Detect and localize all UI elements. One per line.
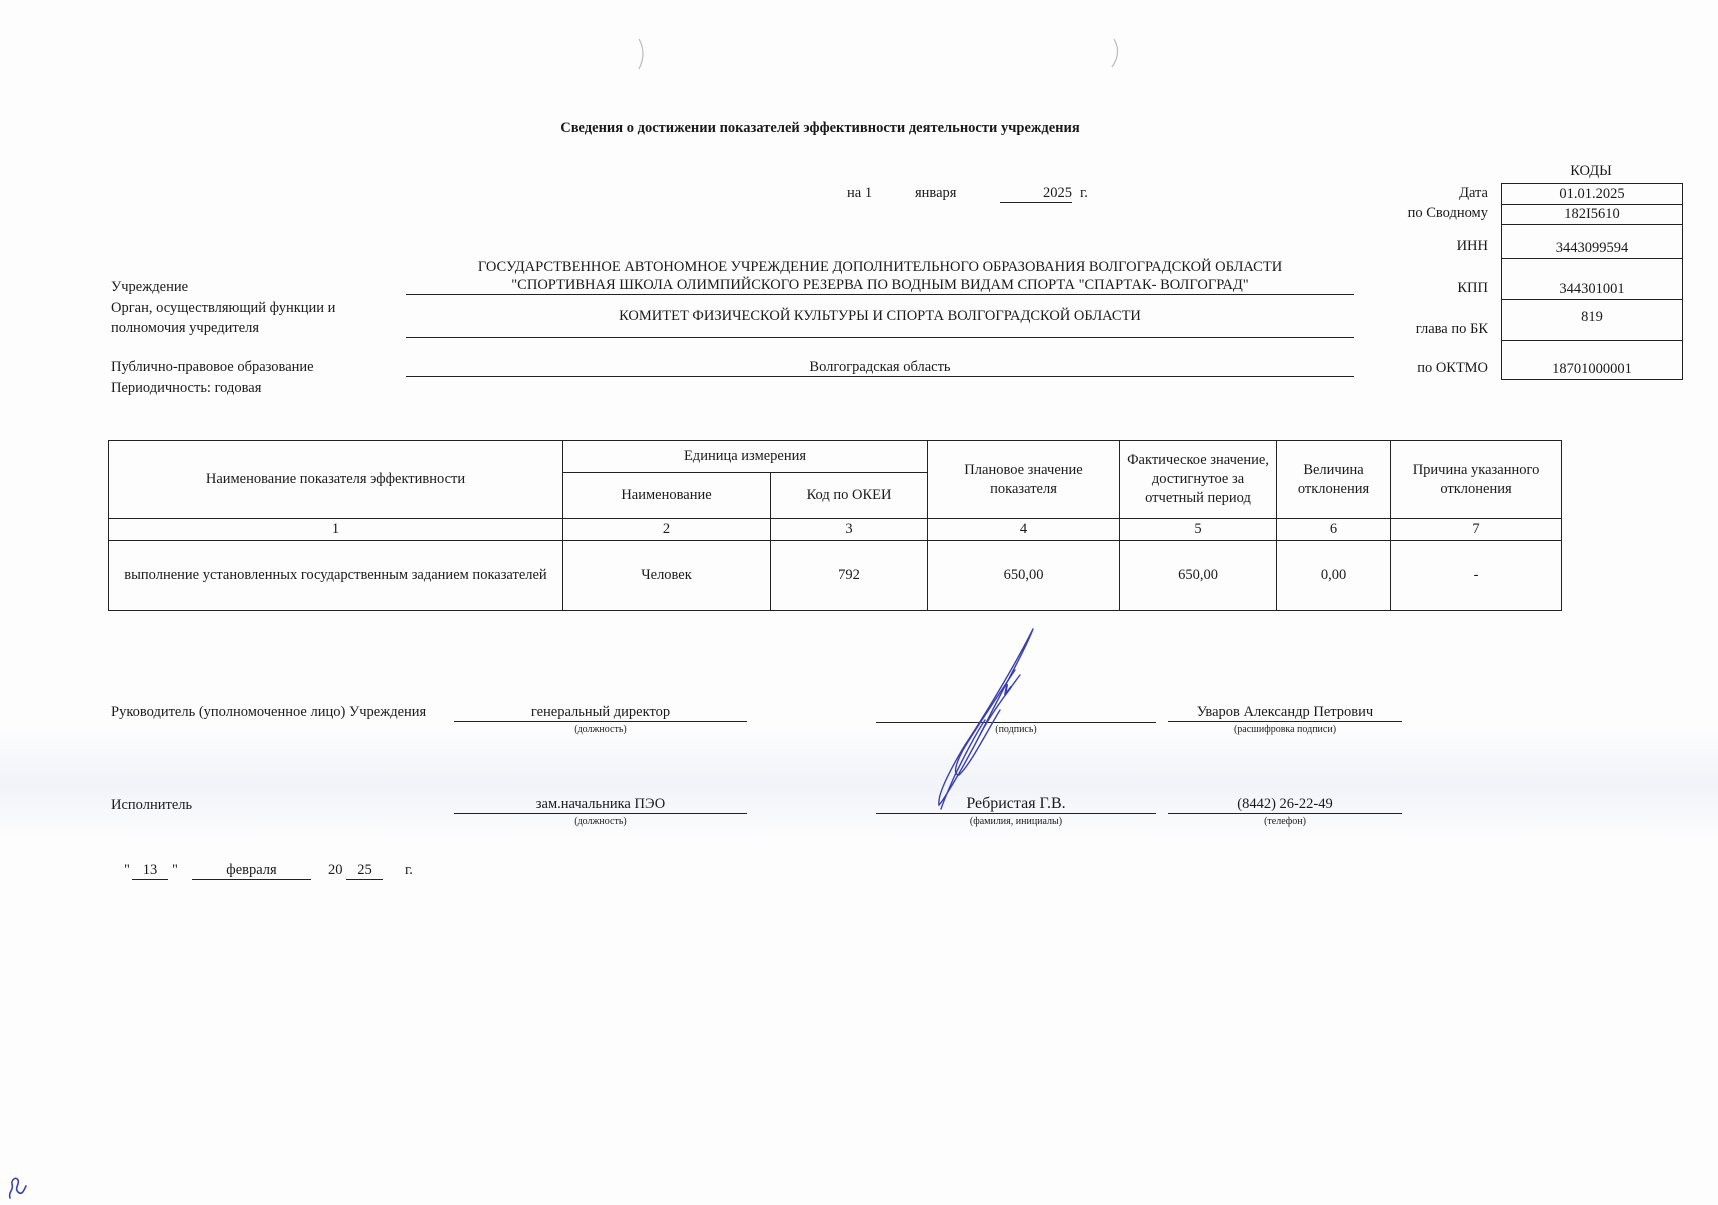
header-reason-line2: отклонения xyxy=(1393,480,1559,499)
cell-deviation: 0,00 xyxy=(1277,541,1391,611)
column-number: 5 xyxy=(1120,519,1277,541)
cell-reason: - xyxy=(1391,541,1562,611)
header-indicator-name: Наименование показателя эффективности xyxy=(109,441,563,519)
code-value-svodny: 182I5610 xyxy=(1502,206,1682,223)
founder-underline xyxy=(406,336,1354,338)
sign-date-close-quote: " xyxy=(172,862,178,879)
founder-label-line2: полномочия учредителя xyxy=(111,320,259,337)
head-position-caption: (должность) xyxy=(454,724,747,735)
code-value-inn: 3443099594 xyxy=(1502,240,1682,257)
code-label-svodny: по Сводному xyxy=(1300,205,1488,222)
indicators-table: Наименование показателя эффективности Ед… xyxy=(108,440,1562,611)
code-row-oktmo: 18701000001 xyxy=(1502,341,1682,379)
date-month: января xyxy=(915,185,956,202)
date-year: 2025 xyxy=(1000,185,1072,203)
cell-unit-name: Человек xyxy=(563,541,771,611)
executor-position: зам.начальника ПЭО xyxy=(454,796,747,814)
code-row-bk: 819 xyxy=(1502,300,1682,341)
institution-name-line2: "СПОРТИВНАЯ ШКОЛА ОЛИМПИЙСКОГО РЕЗЕРВА П… xyxy=(406,277,1354,295)
code-value-oktmo: 18701000001 xyxy=(1502,361,1682,378)
header-unit-code: Код по ОКЕИ xyxy=(771,473,928,519)
cell-unit-code: 792 xyxy=(771,541,928,611)
column-number: 7 xyxy=(1391,519,1562,541)
header-deviation-line2: отклонения xyxy=(1279,480,1388,499)
codes-header: КОДЫ xyxy=(1501,163,1681,180)
executor-phone-caption: (телефон) xyxy=(1168,816,1402,827)
document-title: Сведения о достижении показателей эффект… xyxy=(420,120,1220,137)
table-row: выполнение установленных государственным… xyxy=(109,541,1562,611)
code-label-date: Дата xyxy=(1300,185,1488,202)
header-actual-line3: отчетный период xyxy=(1122,489,1274,508)
head-name: Уваров Александр Петрович xyxy=(1168,704,1402,722)
header-actual-line2: достигнутое за xyxy=(1122,470,1274,489)
sign-date-suffix: г. xyxy=(405,862,413,879)
header-deviation-line1: Величина xyxy=(1279,461,1388,480)
code-value-kpp: 344301001 xyxy=(1502,281,1682,298)
sign-date-century: 20 xyxy=(328,862,343,879)
header-reason: Причина указанного отклонения xyxy=(1391,441,1562,519)
cell-planned: 650,00 xyxy=(928,541,1120,611)
code-row-svodny: 182I5610 xyxy=(1502,205,1682,225)
institution-label: Учреждение xyxy=(111,279,188,296)
sign-date-year: 25 xyxy=(346,862,383,880)
founder-label-line1: Орган, осуществляющий функции и xyxy=(111,300,335,317)
code-row-kpp: 344301001 xyxy=(1502,259,1682,300)
column-number: 3 xyxy=(771,519,928,541)
column-number: 4 xyxy=(928,519,1120,541)
date-prefix: на 1 xyxy=(847,185,872,202)
executor-phone: (8442) 26-22-49 xyxy=(1168,796,1402,814)
handwritten-page-mark-icon xyxy=(4,1170,34,1202)
codes-box: 01.01.2025 182I5610 3443099594 344301001… xyxy=(1501,183,1683,380)
sign-date-open-quote: " xyxy=(124,862,130,879)
column-number-row: 1 2 3 4 5 6 7 xyxy=(109,519,1562,541)
cell-actual: 650,00 xyxy=(1120,541,1277,611)
table-header-row-1: Наименование показателя эффективности Ед… xyxy=(109,441,1562,473)
scan-artifact-mark xyxy=(625,35,655,75)
executor-label: Исполнитель xyxy=(111,797,192,814)
scan-artifact-mark xyxy=(1100,35,1130,75)
cell-indicator: выполнение установленных государственным… xyxy=(109,541,563,611)
institution-name-line1: ГОСУДАРСТВЕННОЕ АВТОНОМНОЕ УЧРЕЖДЕНИЕ ДО… xyxy=(406,259,1354,276)
code-row-inn: 3443099594 xyxy=(1502,225,1682,259)
header-planned-line1: Плановое значение xyxy=(930,461,1117,480)
header-actual-line1: Фактическое значение, xyxy=(1122,451,1274,470)
code-label-inn: ИНН xyxy=(1300,238,1488,255)
handwritten-signature-icon xyxy=(925,625,1045,815)
periodicity: Периодичность: годовая xyxy=(111,380,261,397)
head-position: генеральный директор xyxy=(454,704,747,722)
founder-value: КОМИТЕТ ФИЗИЧЕСКОЙ КУЛЬТУРЫ И СПОРТА ВОЛ… xyxy=(406,308,1354,325)
header-planned: Плановое значение показателя xyxy=(928,441,1120,519)
public-entity-label: Публично-правовое образование xyxy=(111,359,314,376)
head-name-caption: (расшифровка подписи) xyxy=(1168,724,1402,735)
header-unit-group: Единица измерения xyxy=(563,441,928,473)
sign-date-day: 13 xyxy=(132,862,168,880)
code-value-bk: 819 xyxy=(1502,309,1682,326)
header-actual: Фактическое значение, достигнутое за отч… xyxy=(1120,441,1277,519)
code-value-date: 01.01.2025 xyxy=(1502,186,1682,203)
header-reason-line1: Причина указанного xyxy=(1393,461,1559,480)
scan-shading xyxy=(0,730,1718,840)
executor-position-caption: (должность) xyxy=(454,816,747,827)
header-planned-line2: показателя xyxy=(930,480,1117,499)
column-number: 6 xyxy=(1277,519,1391,541)
column-number: 2 xyxy=(563,519,771,541)
executor-name-caption: (фамилия, инициалы) xyxy=(876,816,1156,827)
head-label: Руководитель (уполномоченное лицо) Учреж… xyxy=(111,704,426,721)
column-number: 1 xyxy=(109,519,563,541)
header-deviation: Величина отклонения xyxy=(1277,441,1391,519)
code-row-date: 01.01.2025 xyxy=(1502,184,1682,205)
sign-date-month: февраля xyxy=(192,862,311,880)
header-unit-name: Наименование xyxy=(563,473,771,519)
date-suffix: г. xyxy=(1080,185,1088,202)
public-entity-value: Волгоградская область xyxy=(406,359,1354,377)
